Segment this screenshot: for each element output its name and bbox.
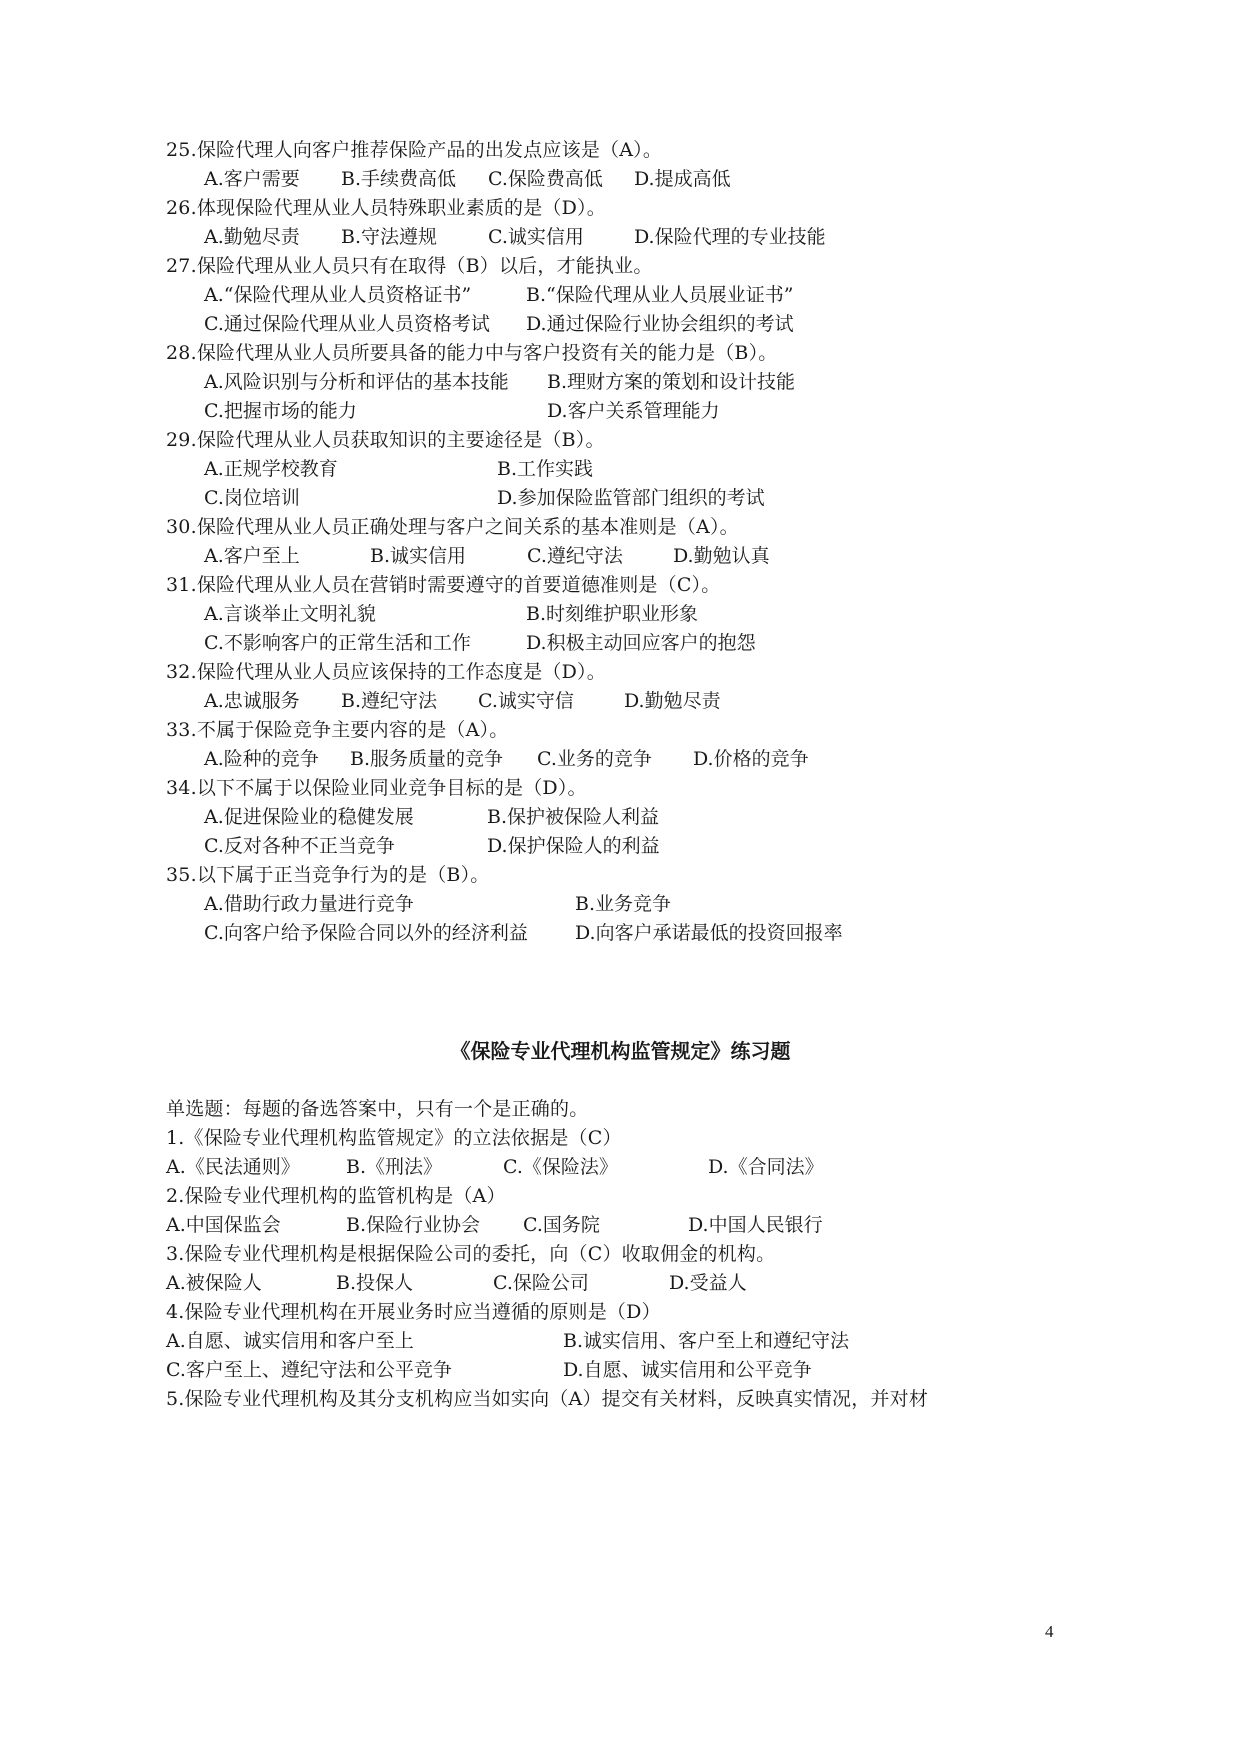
- option: A.正规学校教育: [204, 457, 338, 481]
- question-stem: 25.保险代理人向客户推荐保险产品的出发点应该是（A）。: [166, 138, 662, 162]
- option: B.保护被保险人利益: [487, 805, 659, 829]
- option: A.“保险代理从业人员资格证书”: [204, 283, 471, 307]
- question-stem: 2.保险专业代理机构的监管机构是（A）: [166, 1184, 506, 1208]
- option: C.保险公司: [493, 1271, 589, 1295]
- option: B.手续费高低: [341, 167, 456, 191]
- question-stem: 1.《保险专业代理机构监管规定》的立法依据是（C）: [166, 1126, 622, 1150]
- option: B.时刻维护职业形象: [526, 602, 698, 626]
- question-stem: 34.以下不属于以保险业同业竞争目标的是（D）。: [166, 776, 587, 800]
- option: D.《合同法》: [708, 1155, 824, 1179]
- question-stem: 35.以下属于正当竞争行为的是（B）。: [166, 863, 489, 887]
- option: C.反对各种不正当竞争: [204, 834, 395, 858]
- option: A.险种的竞争: [204, 747, 319, 771]
- option: C.诚实守信: [478, 689, 574, 713]
- option: D.通过保险行业协会组织的考试: [526, 312, 794, 336]
- option: D.积极主动回应客户的抱怨: [526, 631, 756, 655]
- option: A.风险识别与分析和评估的基本技能: [204, 370, 509, 394]
- option: D.价格的竞争: [693, 747, 809, 771]
- question-stem: 31.保险代理从业人员在营销时需要遵守的首要道德准则是（C）。: [166, 573, 720, 597]
- option: B.工作实践: [497, 457, 593, 481]
- question-stem: 4.保险专业代理机构在开展业务时应当遵循的原则是（D）: [166, 1300, 661, 1324]
- option: A.勤勉尽责: [204, 225, 300, 249]
- section-title: 《保险专业代理机构监管规定》练习题: [0, 1038, 1241, 1064]
- option: C.诚实信用: [488, 225, 584, 249]
- option: A.《民法通则》: [166, 1155, 300, 1179]
- option: B.业务竞争: [575, 892, 671, 916]
- option: A.言谈举止文明礼貌: [204, 602, 376, 626]
- option: B.投保人: [336, 1271, 413, 1295]
- option: A.自愿、诚实信用和客户至上: [166, 1329, 414, 1353]
- option: A.促进保险业的稳健发展: [204, 805, 414, 829]
- option: A.客户需要: [204, 167, 300, 191]
- question-stem: 33.不属于保险竞争主要内容的是（A）。: [166, 718, 508, 742]
- option: D.受益人: [669, 1271, 747, 1295]
- option: B.《刑法》: [346, 1155, 442, 1179]
- option: C.不影响客户的正常生活和工作: [204, 631, 471, 655]
- question-stem: 26.体现保险代理从业人员特殊职业素质的是（D）。: [166, 196, 606, 220]
- option: D.中国人民银行: [688, 1213, 823, 1237]
- option: C.客户至上、遵纪守法和公平竞争: [166, 1358, 452, 1382]
- question-stem: 32.保险代理从业人员应该保持的工作态度是（D）。: [166, 660, 606, 684]
- option: D.客户关系管理能力: [547, 399, 720, 423]
- option: A.被保险人: [166, 1271, 262, 1295]
- option: B.守法遵规: [341, 225, 437, 249]
- option: C.岗位培训: [204, 486, 300, 510]
- option: B.遵纪守法: [341, 689, 437, 713]
- option: D.提成高低: [634, 167, 731, 191]
- option: B.服务质量的竞争: [350, 747, 503, 771]
- instructions: 单选题：每题的备选答案中，只有一个是正确的。: [166, 1097, 588, 1121]
- option: D.勤勉认真: [673, 544, 770, 568]
- question-stem: 3.保险专业代理机构是根据保险公司的委托，向（C）收取佣金的机构。: [166, 1242, 775, 1266]
- option: B.诚实信用、客户至上和遵纪守法: [563, 1329, 849, 1353]
- question-stem: 30.保险代理从业人员正确处理与客户之间关系的基本准则是（A）。: [166, 515, 739, 539]
- option: D.向客户承诺最低的投资回报率: [575, 921, 843, 945]
- option: D.勤勉尽责: [624, 689, 721, 713]
- option: D.自愿、诚实信用和公平竞争: [563, 1358, 812, 1382]
- option: B.诚实信用: [370, 544, 466, 568]
- option: A.借助行政力量进行竞争: [204, 892, 414, 916]
- option: C.遵纪守法: [527, 544, 623, 568]
- option: D.保护保险人的利益: [487, 834, 660, 858]
- question-stem: 5.保险专业代理机构及其分支机构应当如实向（A）提交有关材料，反映真实情况，并对…: [166, 1387, 928, 1411]
- option: D.参加保险监管部门组织的考试: [497, 486, 765, 510]
- option: C.国务院: [523, 1213, 600, 1237]
- option: D.保险代理的专业技能: [634, 225, 826, 249]
- option: B.理财方案的策划和设计技能: [547, 370, 795, 394]
- option: C.把握市场的能力: [204, 399, 357, 423]
- option: C.通过保险代理从业人员资格考试: [204, 312, 490, 336]
- option: A.客户至上: [204, 544, 300, 568]
- document-page: 25.保险代理人向客户推荐保险产品的出发点应该是（A）。 A.客户需要 B.手续…: [0, 0, 1241, 1754]
- option: C.向客户给予保险合同以外的经济利益: [204, 921, 528, 945]
- option: A.中国保监会: [166, 1213, 281, 1237]
- option: C.保险费高低: [488, 167, 603, 191]
- option: A.忠诚服务: [204, 689, 300, 713]
- option: C.业务的竞争: [537, 747, 652, 771]
- option: B.保险行业协会: [346, 1213, 480, 1237]
- option: C.《保险法》: [503, 1155, 618, 1179]
- page-number: 4: [1045, 1622, 1054, 1642]
- question-stem: 27.保险代理从业人员只有在取得（B）以后，才能执业。: [166, 254, 653, 278]
- question-stem: 29.保险代理从业人员获取知识的主要途径是（B）。: [166, 428, 605, 452]
- option: B.“保险代理从业人员展业证书”: [526, 283, 793, 307]
- question-stem: 28.保险代理从业人员所要具备的能力中与客户投资有关的能力是（B）。: [166, 341, 777, 365]
